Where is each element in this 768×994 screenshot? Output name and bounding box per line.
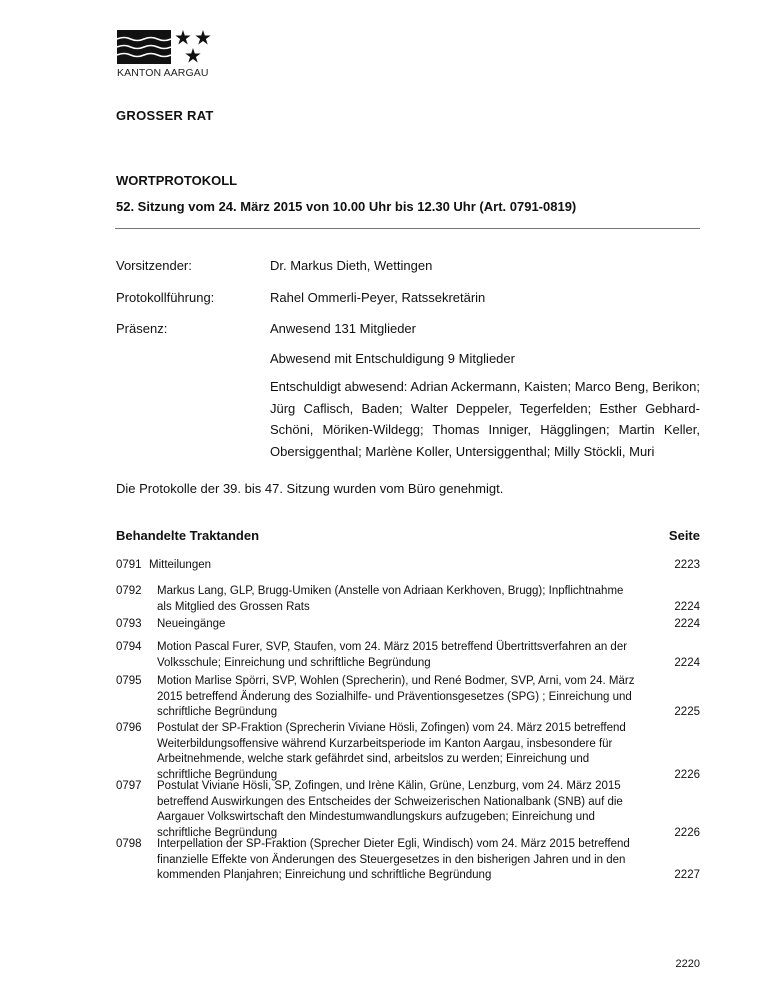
- minutes-label: Protokollführung:: [116, 290, 214, 305]
- toc-item[interactable]: 0791 Mitteilungen 2223: [116, 558, 700, 574]
- toc-item[interactable]: 0795 Motion Marlise Spörri, SVP, Wohlen …: [116, 674, 700, 721]
- toc-page-heading: Seite: [669, 528, 700, 543]
- toc-item[interactable]: 0793 Neueingänge 2224: [116, 617, 700, 633]
- minutes-value: Rahel Ommerli-Peyer, Ratssekretärin: [270, 290, 485, 305]
- page-number: 2220: [676, 958, 700, 970]
- toc-item-number: 0797: [116, 779, 142, 795]
- toc-item-page: 2225: [674, 705, 700, 721]
- presence-label: Präsenz:: [116, 321, 167, 336]
- toc-item-text: Mitteilungen: [149, 558, 627, 574]
- toc-item-page: 2224: [674, 617, 700, 633]
- toc-item-text: Postulat Viviane Hösli, SP, Zofingen, un…: [157, 779, 635, 841]
- approval-note: Die Protokolle der 39. bis 47. Sitzung w…: [116, 481, 503, 496]
- toc-item-number: 0795: [116, 674, 142, 690]
- logo-text: KANTON AARGAU: [117, 67, 209, 79]
- absent-excused-count: Abwesend mit Entschuldigung 9 Mitglieder: [270, 351, 515, 366]
- absent-members-list: Entschuldigt abwesend: Adrian Ackermann,…: [270, 376, 700, 462]
- organization-name: GROSSER RAT: [116, 108, 214, 123]
- session-line: 52. Sitzung vom 24. März 2015 von 10.00 …: [116, 199, 576, 214]
- toc-item-text: Neueingänge: [157, 617, 635, 633]
- toc-item-page: 2224: [674, 656, 700, 672]
- toc-item-number: 0798: [116, 837, 142, 853]
- toc-item-number: 0791: [116, 558, 142, 574]
- toc-item-text: Interpellation der SP-Fraktion (Sprecher…: [157, 837, 635, 884]
- toc-item-page: 2227: [674, 868, 700, 884]
- coat-of-arms-icon: [117, 29, 213, 65]
- toc-item[interactable]: 0798 Interpellation der SP-Fraktion (Spr…: [116, 837, 700, 884]
- toc-item-number: 0793: [116, 617, 142, 633]
- toc-item-text: Postulat der SP-Fraktion (Sprecherin Viv…: [157, 721, 635, 783]
- toc-item[interactable]: 0796 Postulat der SP-Fraktion (Sprecheri…: [116, 721, 700, 783]
- toc-item-number: 0796: [116, 721, 142, 737]
- toc-item-number: 0794: [116, 640, 142, 656]
- header-divider: [115, 228, 700, 229]
- toc-item-text: Markus Lang, GLP, Brugg-Umiken (Anstelle…: [157, 584, 635, 615]
- chair-value: Dr. Markus Dieth, Wettingen: [270, 258, 432, 273]
- toc-heading: Behandelte Traktanden: [116, 528, 259, 543]
- toc-item-page: 2224: [674, 600, 700, 616]
- toc-item[interactable]: 0792 Markus Lang, GLP, Brugg-Umiken (Ans…: [116, 584, 700, 615]
- toc-item[interactable]: 0794 Motion Pascal Furer, SVP, Staufen, …: [116, 640, 700, 671]
- toc-item[interactable]: 0797 Postulat Viviane Hösli, SP, Zofinge…: [116, 779, 700, 841]
- document-title: WORTPROTOKOLL: [116, 173, 237, 188]
- toc-item-page: 2223: [674, 558, 700, 574]
- chair-label: Vorsitzender:: [116, 258, 192, 273]
- present-count: Anwesend 131 Mitglieder: [270, 321, 416, 336]
- toc-item-text: Motion Pascal Furer, SVP, Staufen, vom 2…: [157, 640, 635, 671]
- toc-item-text: Motion Marlise Spörri, SVP, Wohlen (Spre…: [157, 674, 635, 721]
- toc-item-number: 0792: [116, 584, 142, 600]
